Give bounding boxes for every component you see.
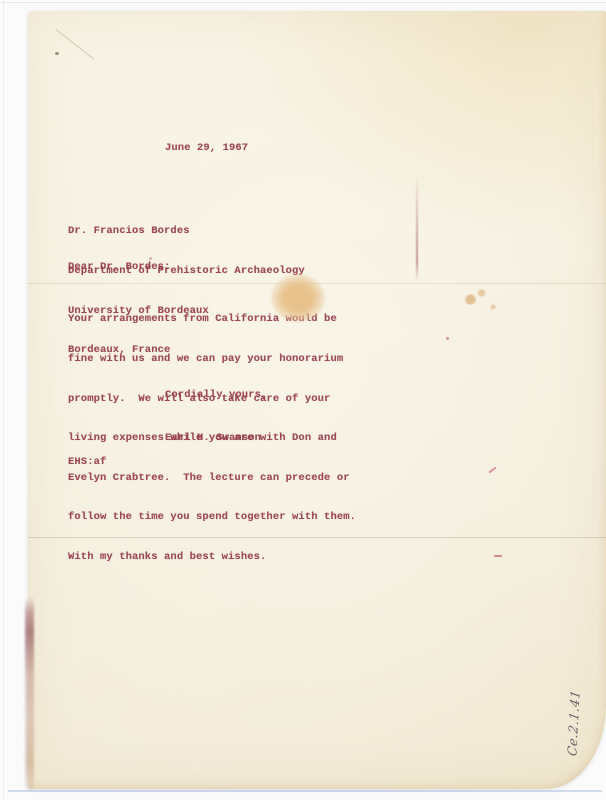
body-line: fine with us and we can pay your honorar… bbox=[68, 353, 356, 366]
body-line: follow the time you spend together with … bbox=[68, 511, 356, 524]
handwritten-catalog-number: Ce.2.1.41 bbox=[564, 676, 585, 771]
signature-name: Earl H. Swanson bbox=[165, 432, 261, 445]
stain-spot bbox=[477, 289, 486, 297]
scanned-letter-page: June 29, 1967 Dr. Francios Bordes Depart… bbox=[0, 0, 606, 800]
paper-speck bbox=[55, 52, 59, 55]
ink-dot bbox=[446, 337, 449, 340]
vertical-crease-mark bbox=[416, 174, 418, 280]
body-line: Your arrangements from California would … bbox=[68, 313, 356, 326]
scanner-edge-top bbox=[0, 2, 606, 3]
recipient-name: Dr. Francios Bordes bbox=[68, 225, 305, 238]
typist-initials: EHS:af bbox=[68, 456, 106, 469]
left-edge-ink-smear bbox=[25, 597, 34, 790]
body-line: Evelyn Crabtree. The lecture can precede… bbox=[68, 472, 356, 485]
red-mark bbox=[488, 467, 497, 474]
red-mark bbox=[494, 555, 502, 557]
closing: Cordially yours, bbox=[165, 389, 267, 402]
stain-spot bbox=[464, 294, 477, 305]
stain-spot bbox=[490, 304, 496, 310]
scanner-edge-left bbox=[3, 0, 4, 800]
letter-date: June 29, 1967 bbox=[165, 142, 248, 155]
salutation: Dear Dr. Bordes: bbox=[68, 261, 170, 274]
body-line: With my thanks and best wishes. bbox=[68, 551, 356, 564]
corner-crease bbox=[56, 29, 94, 59]
letter-paper-sheet: June 29, 1967 Dr. Francios Bordes Depart… bbox=[28, 11, 606, 789]
scanner-edge-bottom bbox=[8, 790, 602, 792]
